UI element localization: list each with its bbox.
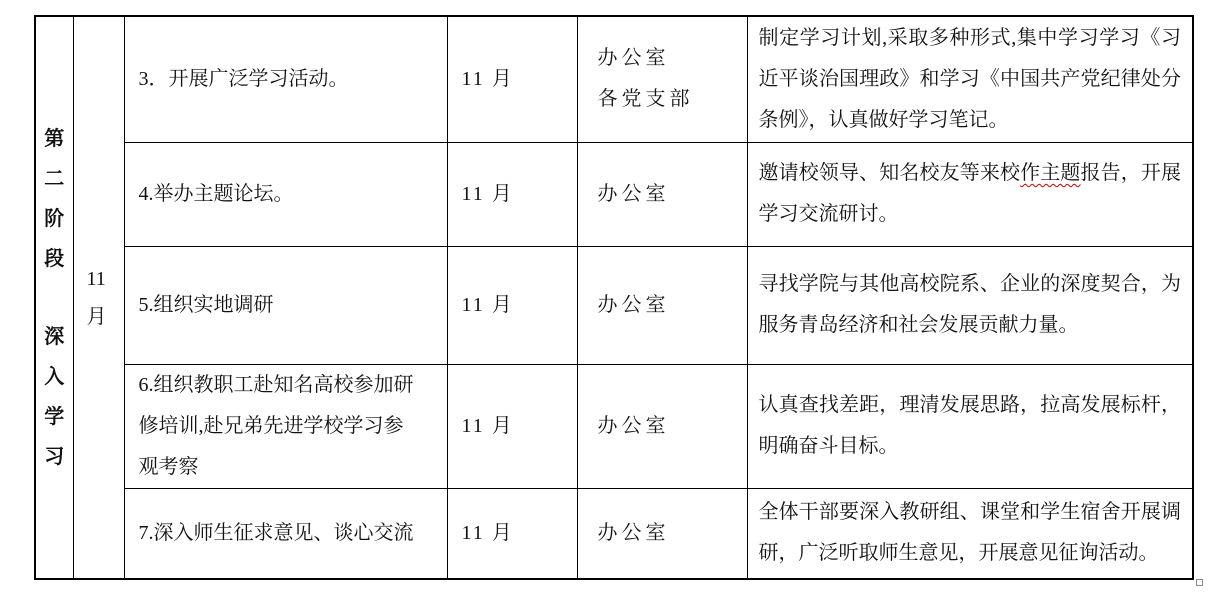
cell-dept-4[interactable]: 办公室 — [577, 142, 747, 246]
cell-task-3[interactable]: 3．开展广泛学习活动。 — [124, 16, 447, 142]
table-row: 6.组织教职工赴知名高校参加研修培训,赴兄弟先进学校学习参观考察 11 月 办公… — [35, 364, 1193, 488]
desc-text-before: 邀请校领导、知名校友等来校 — [759, 162, 1021, 184]
cell-month[interactable]: 11 月 — [73, 16, 124, 579]
cell-desc-4[interactable]: 邀请校领导、知名校友等来校作主题报告，开展学习交流研讨。 — [747, 142, 1193, 246]
cell-desc-6[interactable]: 认真查找差距，理清发展思路，拉高发展标杆，明确奋斗目标。 — [747, 364, 1193, 488]
cell-dept-6[interactable]: 办公室 — [577, 364, 747, 488]
cell-time-3[interactable]: 11 月 — [447, 16, 577, 142]
table-row: 7.深入师生征求意见、谈心交流 11 月 办公室 全体干部要深入教研组、课堂和学… — [35, 488, 1193, 579]
document-page: 第二阶段 深入学习 11 月 3．开展广泛学习活动。 11 月 办公室 各党支部… — [0, 0, 1212, 611]
month-label: 11 月 — [87, 260, 123, 336]
stage-line1: 第二阶段 — [42, 119, 66, 279]
cell-desc-7[interactable]: 全体干部要深入教研组、课堂和学生宿舍开展调研，广泛听取师生意见，开展意见征询活动… — [747, 488, 1193, 579]
spellcheck-squiggle-text: 作主题 — [1020, 162, 1080, 184]
table-row: 4.举办主题论坛。 11 月 办公室 邀请校领导、知名校友等来校作主题报告，开展… — [35, 142, 1193, 246]
table-row: 5.组织实地调研 11 月 办公室 寻找学院与其他高校院系、企业的深度契合，为服… — [35, 246, 1193, 364]
stage-label: 第二阶段 深入学习 — [37, 119, 72, 477]
cell-stage[interactable]: 第二阶段 深入学习 — [35, 16, 73, 579]
cell-dept-5[interactable]: 办公室 — [577, 246, 747, 364]
cell-dept-7[interactable]: 办公室 — [577, 488, 747, 579]
cell-time-5[interactable]: 11 月 — [447, 246, 577, 364]
cell-time-7[interactable]: 11 月 — [447, 488, 577, 579]
cell-task-7[interactable]: 7.深入师生征求意见、谈心交流 — [124, 488, 447, 579]
cell-time-6[interactable]: 11 月 — [447, 364, 577, 488]
cell-desc-3[interactable]: 制定学习计划,采取多种形式,集中学习学习《习近平谈治国理政》和学习《中国共产党纪… — [747, 16, 1193, 142]
cell-task-6[interactable]: 6.组织教职工赴知名高校参加研修培训,赴兄弟先进学校学习参观考察 — [124, 364, 447, 488]
table-row: 第二阶段 深入学习 11 月 3．开展广泛学习活动。 11 月 办公室 各党支部… — [35, 16, 1193, 142]
cell-task-4[interactable]: 4.举办主题论坛。 — [124, 142, 447, 246]
table-resize-handle[interactable] — [1196, 579, 1203, 586]
cell-dept-3[interactable]: 办公室 各党支部 — [577, 16, 747, 142]
cell-task-5[interactable]: 5.组织实地调研 — [124, 246, 447, 364]
cell-desc-5[interactable]: 寻找学院与其他高校院系、企业的深度契合，为服务青岛经济和社会发展贡献力量。 — [747, 246, 1193, 364]
work-plan-table: 第二阶段 深入学习 11 月 3．开展广泛学习活动。 11 月 办公室 各党支部… — [34, 15, 1194, 580]
stage-line2: 深入学习 — [42, 317, 66, 477]
cell-time-4[interactable]: 11 月 — [447, 142, 577, 246]
